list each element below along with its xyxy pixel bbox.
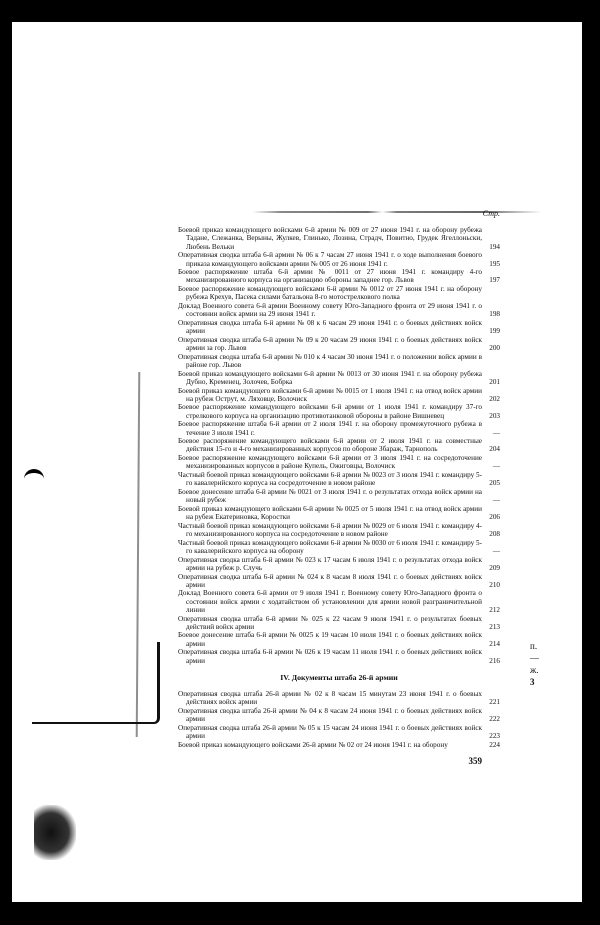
- toc-entry-title: Боевое распоряжение командующего войскам…: [178, 454, 482, 470]
- page-column-header: Стр.: [178, 210, 500, 218]
- toc-entry-page: 195: [482, 260, 500, 268]
- toc-entry-page: 203: [482, 412, 500, 420]
- toc-entry-title: Боевое распоряжение командующего войскам…: [178, 437, 482, 453]
- toc-entry: Боевой приказ командующего войсками 6-й …: [178, 387, 500, 403]
- toc-entry-title: Частный боевой приказ командующего войск…: [178, 471, 482, 487]
- toc-entry: Боевое распоряжение командующего войскам…: [178, 403, 500, 419]
- toc-entry-title: Доклад Военного совета 6-й армии Военном…: [178, 302, 482, 318]
- toc-entry-page: 204: [482, 445, 500, 453]
- toc-entry-title: Боевой приказ командующего войсками 6-й …: [178, 505, 482, 521]
- toc-entry-title: Оперативная сводка штаба 26-й армии № 02…: [178, 690, 482, 706]
- toc-entry-page: 201: [482, 378, 500, 386]
- scan-artifact-blot: [34, 805, 76, 860]
- toc-entry-title: Оперативная сводка штаба 6-й армии № 010…: [178, 353, 482, 369]
- toc-entry: Оперативная сводка штаба 26-й армии № 04…: [178, 707, 500, 723]
- toc-entry-title: Оперативная сводка штаба 6-й армии № 09 …: [178, 336, 482, 352]
- toc-entry: Частный боевой приказ командующего войск…: [178, 522, 500, 538]
- toc-entry-page: 198: [482, 310, 500, 318]
- toc-entry-title: Боевой приказ командующего войсками 6-й …: [178, 226, 482, 251]
- margin-note: —: [530, 652, 550, 664]
- toc-entry-page: 210: [482, 581, 500, 589]
- toc-entry: Частный боевой приказ командующего войск…: [178, 471, 500, 487]
- toc-entry-title: Боевое распоряжение штаба 6-й армии № 00…: [178, 268, 482, 284]
- toc-entry-page: 197: [482, 276, 500, 284]
- toc-entry-page: 222: [482, 715, 500, 723]
- toc-entry-page: 212: [482, 606, 500, 614]
- toc-entry-page: 224: [482, 741, 500, 749]
- margin-notes: п. — ж. 3: [530, 640, 550, 688]
- toc-entry: Боевой приказ командующего войсками 6-й …: [178, 226, 500, 251]
- toc-entry: Боевое донесение штаба 6-й армии № 0021 …: [178, 488, 500, 504]
- toc-entry-page: 205: [482, 479, 500, 487]
- toc-entry-page: 202: [482, 395, 500, 403]
- toc-entry: Боевое распоряжение штаба 6-й армии от 2…: [178, 420, 500, 436]
- toc-entry-page: —: [482, 496, 500, 504]
- toc-entry: Оперативная сводка штаба 6-й армии № 010…: [178, 353, 500, 369]
- toc-entry: Оперативная сводка штаба 6-й армии № 026…: [178, 648, 500, 664]
- toc-entry: Доклад Военного совета 6-й армии от 9 ию…: [178, 589, 500, 614]
- toc-entry-page: 194: [482, 243, 500, 251]
- scan-artifact-bracket: [32, 642, 160, 724]
- toc-entry: Боевое распоряжение командующего войскам…: [178, 285, 500, 301]
- toc-entry: Боевое распоряжение штаба 6-й армии № 00…: [178, 268, 500, 284]
- toc-entry-title: Оперативная сводка штаба 26-й армии № 04…: [178, 707, 482, 723]
- table-of-contents: Стр. Боевой приказ командующего войсками…: [178, 210, 500, 765]
- toc-entry-page: —: [482, 462, 500, 470]
- toc-entry: Боевой приказ командующего войсками 6-й …: [178, 370, 500, 386]
- toc-entry-title: Доклад Военного совета 6-й армии от 9 ию…: [178, 589, 482, 614]
- section-title: IV. Документы штаба 26-й армии: [178, 674, 500, 682]
- toc-entry-page: 208: [482, 530, 500, 538]
- toc-entry-title: Боевое донесение штаба 6-й армии № 0021 …: [178, 488, 482, 504]
- toc-entry-title: Оперативная сводка штаба 6-й армии № 025…: [178, 615, 482, 631]
- toc-entry: Боевое распоряжение командующего войскам…: [178, 454, 500, 470]
- toc-entry: Оперативная сводка штаба 6-й армии № 025…: [178, 615, 500, 631]
- toc-entry-page: 214: [482, 640, 500, 648]
- toc-entry: Боевой приказ командующего войсками 6-й …: [178, 505, 500, 521]
- toc-entry-title: Боевой приказ командующего войсками 6-й …: [178, 387, 482, 403]
- toc-entry-title: Боевое распоряжение командующего войскам…: [178, 403, 482, 419]
- toc-entry-title: Боевой приказ командующего войсками 26-й…: [178, 741, 482, 749]
- toc-entry-title: Оперативная сводка штаба 6-й армии № 023…: [178, 556, 482, 572]
- toc-entry-title: Оперативная сводка штаба 6-й армии № 08 …: [178, 319, 482, 335]
- page-number: 359: [178, 757, 500, 765]
- margin-note: 3: [530, 676, 550, 688]
- toc-entry-title: Боевой приказ командующего войсками 6-й …: [178, 370, 482, 386]
- toc-entry-title: Оперативная сводка штаба 6-й армии № 024…: [178, 573, 482, 589]
- toc-entry-page: —: [482, 429, 500, 437]
- toc-entry-title: Боевое донесение штаба 6-й армии № 0025 …: [178, 631, 482, 647]
- toc-entry-page: 216: [482, 657, 500, 665]
- scan-artifact-hook: [24, 469, 44, 485]
- toc-entry-title: Боевое распоряжение штаба 6-й армии от 2…: [178, 420, 482, 436]
- toc-entry-title: Частный боевой приказ командующего войск…: [178, 522, 482, 538]
- toc-entry-page: 221: [482, 698, 500, 706]
- toc-entry-title: Оперативная сводка штаба 26-й армии № 05…: [178, 724, 482, 740]
- toc-entries-part1: Боевой приказ командующего войсками 6-й …: [178, 226, 500, 665]
- toc-entry-page: 209: [482, 564, 500, 572]
- toc-entry-page: 200: [482, 344, 500, 352]
- toc-entry-page: 213: [482, 623, 500, 631]
- toc-entry: Частный боевой приказ командующего войск…: [178, 539, 500, 555]
- toc-entry-title: Оперативная сводка штаба 6-й армии № 026…: [178, 648, 482, 664]
- toc-entry-page: 199: [482, 327, 500, 335]
- margin-note: п.: [530, 640, 550, 652]
- toc-entry-title: Частный боевой приказ командующего войск…: [178, 539, 482, 555]
- toc-entry: Оперативная сводка штаба 26-й армии № 02…: [178, 690, 500, 706]
- toc-entry: Боевое донесение штаба 6-й армии № 0025 …: [178, 631, 500, 647]
- toc-entry-page: —: [482, 547, 500, 555]
- toc-entry: Оперативная сводка штаба 6-й армии № 024…: [178, 573, 500, 589]
- toc-entry: Боевой приказ командующего войсками 26-й…: [178, 741, 500, 749]
- toc-entries-part2: Оперативная сводка штаба 26-й армии № 02…: [178, 690, 500, 749]
- toc-entry-title: Боевое распоряжение командующего войскам…: [178, 285, 482, 301]
- margin-note: ж.: [530, 664, 550, 676]
- scan-dark-edge: [582, 610, 600, 925]
- toc-entry: Оперативная сводка штаба 6-й армии № 09 …: [178, 336, 500, 352]
- toc-entry-title: Оперативная сводка штаба 6-й армии № 06 …: [178, 251, 482, 267]
- toc-entry-page: 206: [482, 513, 500, 521]
- toc-entry: Оперативная сводка штаба 6-й армии № 023…: [178, 556, 500, 572]
- toc-entry: Оперативная сводка штаба 6-й армии № 06 …: [178, 251, 500, 267]
- toc-entry: Доклад Военного совета 6-й армии Военном…: [178, 302, 500, 318]
- toc-entry: Оперативная сводка штаба 6-й армии № 08 …: [178, 319, 500, 335]
- toc-entry-page: 223: [482, 732, 500, 740]
- toc-entry: Оперативная сводка штаба 26-й армии № 05…: [178, 724, 500, 740]
- toc-entry: Боевое распоряжение командующего войскам…: [178, 437, 500, 453]
